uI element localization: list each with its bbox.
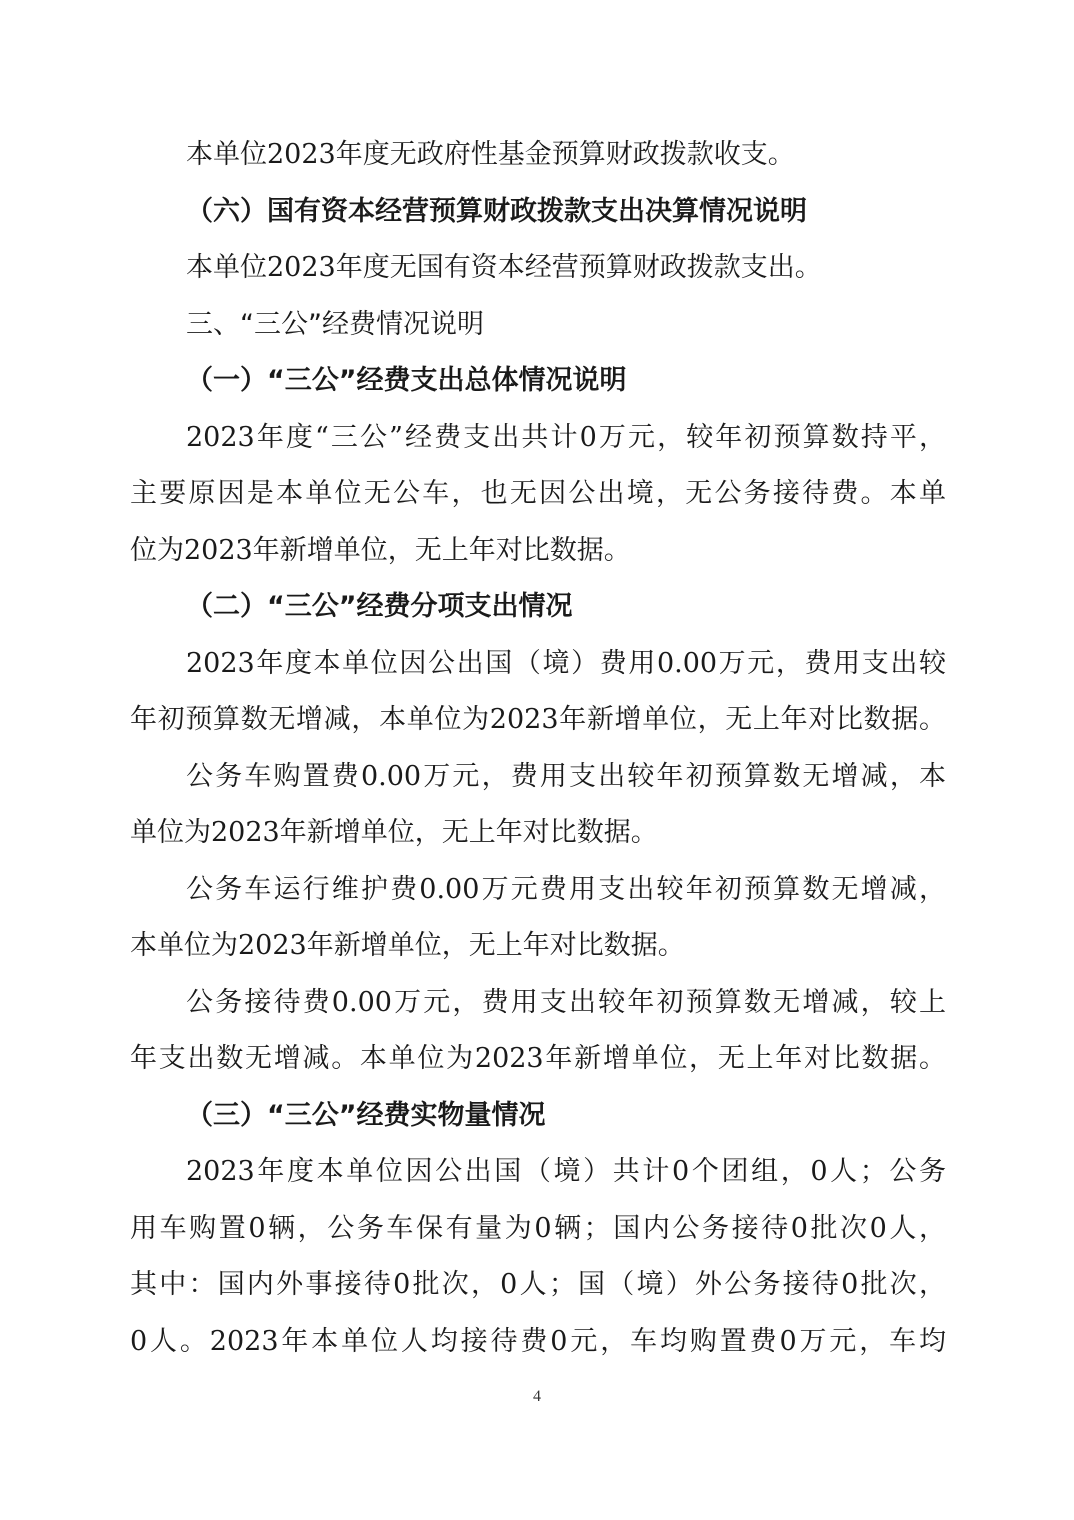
subheading: （六）国有资本经营预算财政拨款支出决算情况说明 — [186, 194, 946, 230]
paragraph-line: 本单位2023年度无国有资本经营预算财政拨款支出。 — [186, 250, 946, 286]
paragraph-line: 主要原因是本单位无公车，也无因公出境，无公务接待费。本单 — [130, 476, 946, 512]
subheading: （一）“三公”经费支出总体情况说明 — [186, 363, 946, 399]
paragraph-line: 用车购置0辆，公务车保有量为0辆；国内公务接待0批次0人， — [130, 1211, 946, 1247]
paragraph-line: 位为2023年新增单位，无上年对比数据。 — [130, 533, 946, 569]
paragraph-line: 2023年度本单位因公出国（境）共计0个团组，0人；公务 — [186, 1154, 946, 1190]
paragraph-line: 本单位2023年度无政府性基金预算财政拨款收支。 — [186, 137, 946, 173]
paragraph-line: 2023年度本单位因公出国（境）费用0.00万元，费用支出较 — [186, 646, 946, 682]
paragraph-line: 本单位为2023年新增单位，无上年对比数据。 — [130, 928, 946, 964]
paragraph-line: 公务接待费0.00万元，费用支出较年初预算数无增减，较上 — [186, 985, 946, 1021]
subheading: （三）“三公”经费实物量情况 — [186, 1098, 946, 1134]
paragraph-line: 单位为2023年新增单位，无上年对比数据。 — [130, 815, 946, 851]
paragraph-line: 年支出数无增减。本单位为2023年新增单位，无上年对比数据。 — [130, 1041, 946, 1077]
paragraph-line: 年初预算数无增减，本单位为2023年新增单位，无上年对比数据。 — [130, 702, 946, 738]
subheading: （二）“三公”经费分项支出情况 — [186, 589, 946, 625]
section-heading: 三、“三公”经费情况说明 — [186, 307, 946, 343]
paragraph-line: 2023年度“三公”经费支出共计0万元，较年初预算数持平， — [186, 420, 946, 456]
page-number: 4 — [0, 1388, 1074, 1406]
paragraph-line: 公务车购置费0.00万元，费用支出较年初预算数无增减，本 — [186, 759, 946, 795]
paragraph-line: 0人。2023年本单位人均接待费0元，车均购置费0万元，车均 — [130, 1324, 946, 1360]
document-page: 本单位2023年度无政府性基金预算财政拨款收支。 （六）国有资本经营预算财政拨款… — [0, 0, 1074, 1520]
paragraph-line: 其中：国内外事接待0批次，0人；国（境）外公务接待0批次， — [130, 1267, 946, 1303]
paragraph-line: 公务车运行维护费0.00万元费用支出较年初预算数无增减， — [186, 872, 946, 908]
